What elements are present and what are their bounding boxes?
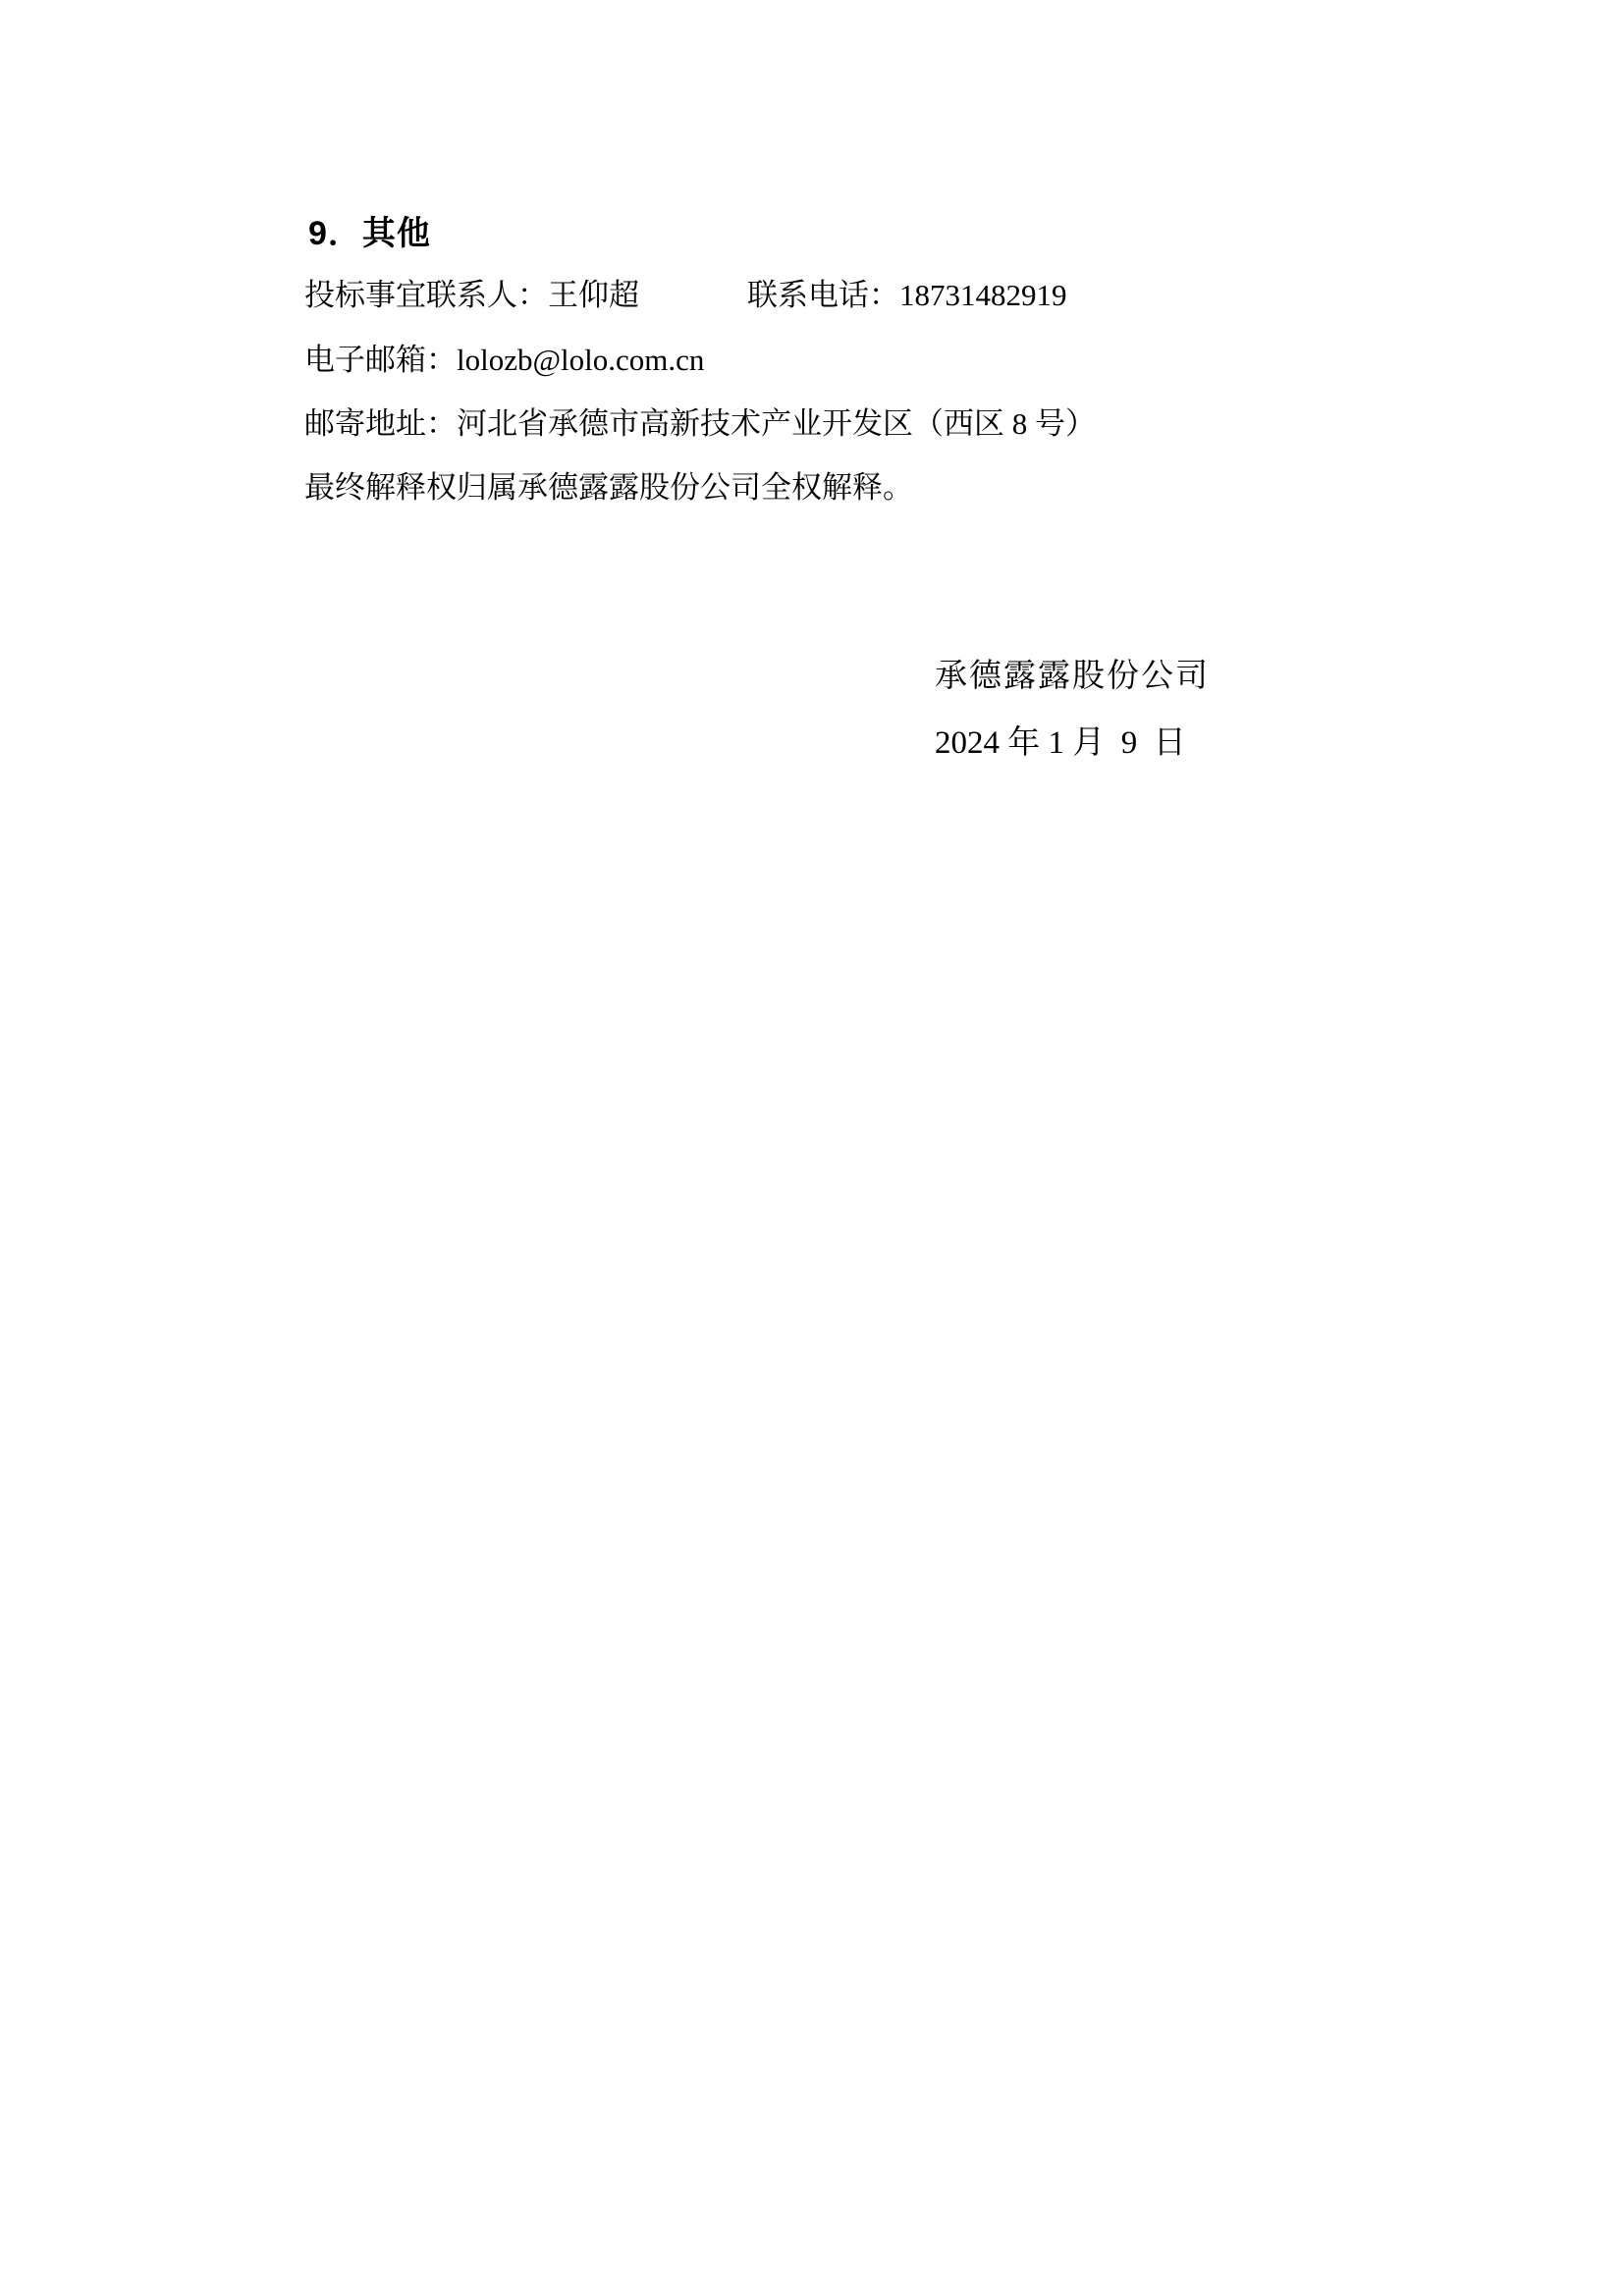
contact-person-line: 投标事宜联系人：王仰超 [304, 276, 639, 315]
email-line: 电子邮箱：lolozb@lolo.com.cn [304, 341, 704, 380]
document-page: 9．其他 投标事宜联系人：王仰超 联系电话：18731482919 电子邮箱：l… [0, 0, 1624, 2296]
address-line: 邮寄地址：河北省承德市高新技术产业开发区（西区 8 号） [304, 404, 1096, 444]
section-heading: 9．其他 [308, 206, 431, 254]
signature-company: 承德露露股份公司 [935, 650, 1210, 696]
signature-date: 2024 年 1 月 9 日 [935, 717, 1186, 763]
disclaimer-line: 最终解释权归属承德露露股份公司全权解释。 [304, 468, 913, 507]
contact-phone-line: 联系电话：18731482919 [747, 276, 1067, 315]
